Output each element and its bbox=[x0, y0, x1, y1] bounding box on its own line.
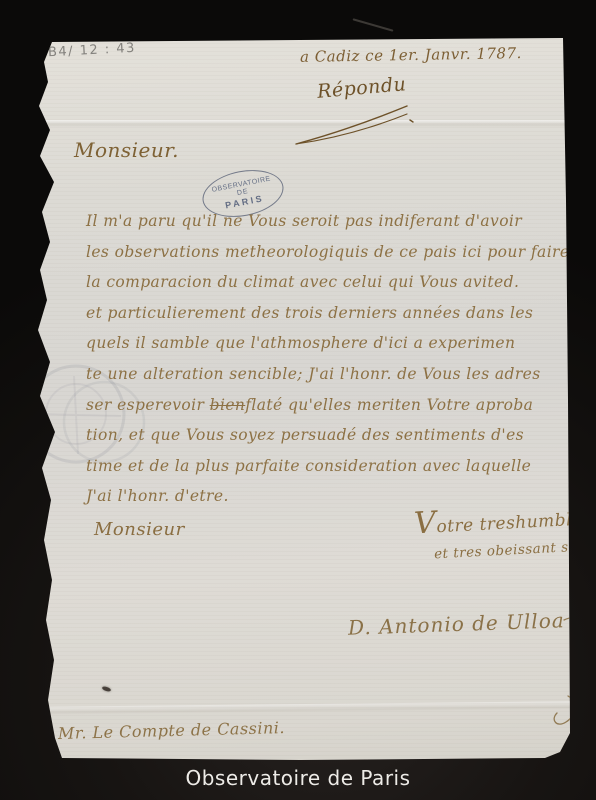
photo-caption: Observatoire de Paris bbox=[0, 766, 596, 790]
signature-antonio-de-ulloa: D. Antonio de Ulloa bbox=[348, 608, 565, 640]
repondu-annotation: Répondu bbox=[316, 73, 407, 103]
closing-obeissant-serviteur: et tres obeissant servr. bbox=[434, 538, 596, 563]
paper-hole bbox=[102, 686, 112, 693]
body-line-2: les observations metheorologiquis de ce … bbox=[86, 237, 568, 268]
dateline: a Cadiz ce 1er. Janvr. 1787. bbox=[300, 44, 522, 66]
letter-paper: B4/ 12 : 43 a Cadiz ce 1er. Janvr. 1787.… bbox=[36, 36, 576, 764]
backdrop-scratch bbox=[353, 18, 394, 31]
body-line-7-post: flaté qu'elles meriten Votre aproba bbox=[245, 396, 533, 414]
archival-mark: B4/ 12 : 43 bbox=[48, 41, 137, 61]
body-line-5: quels il samble que l'athmosphere d'ici … bbox=[86, 328, 568, 359]
recipient-address-cassini: Mr. Le Compte de Cassini. bbox=[58, 718, 285, 743]
body-line-6: te une alteration sencible; J'ai l'honr.… bbox=[86, 359, 568, 390]
body-line-7-struck-word: bien bbox=[210, 396, 246, 414]
body-line-7: ser esperevoir bienflaté qu'elles merite… bbox=[86, 390, 568, 421]
closing-votre-treshumble: Votre treshumble bbox=[413, 498, 583, 542]
closing-monsieur: Monsieur bbox=[94, 519, 185, 540]
paper-fold-crease-bottom bbox=[36, 701, 576, 715]
body-line-7-pre: ser esperevoir bbox=[86, 396, 210, 414]
letter-body: Il m'a paru qu'il ne Vous seroit pas ind… bbox=[86, 206, 568, 512]
photograph-backdrop: B4/ 12 : 43 a Cadiz ce 1er. Janvr. 1787.… bbox=[0, 0, 596, 800]
body-line-9: time et de la plus parfaite consideratio… bbox=[86, 451, 568, 482]
annotation-flourish bbox=[294, 100, 414, 148]
body-line-8: tion, et que Vous soyez persuadé des sen… bbox=[86, 420, 568, 451]
body-line-1: Il m'a paru qu'il ne Vous seroit pas ind… bbox=[86, 206, 568, 237]
body-line-4: et particulierement des trois derniers a… bbox=[86, 298, 568, 329]
salutation: Monsieur. bbox=[74, 138, 179, 162]
body-line-3: la comparacion du climat avec celui qui … bbox=[86, 267, 568, 298]
signature-paraph-flourish bbox=[536, 614, 596, 744]
